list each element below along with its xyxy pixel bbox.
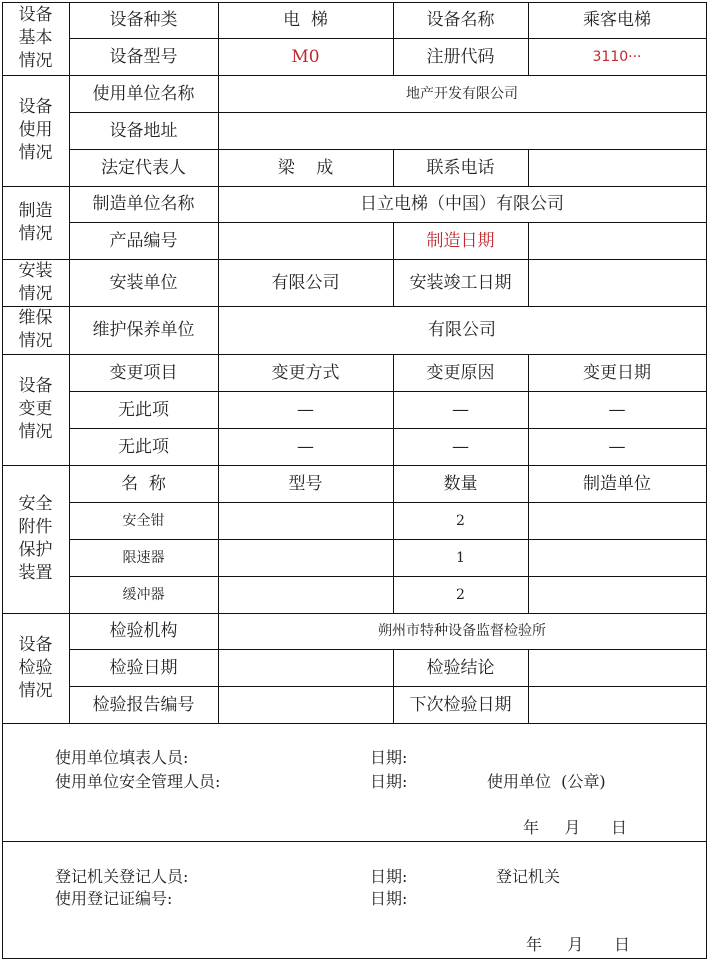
section-install: 安装 情况 bbox=[2, 259, 69, 306]
section-safety-devices: 安全 附件 保护 装置 bbox=[2, 465, 69, 613]
header-change-method: 变更方式 bbox=[218, 354, 393, 391]
registrar-label: 登记机关登记人员: bbox=[55, 866, 188, 888]
label-device-address: 设备地址 bbox=[69, 112, 218, 149]
label-product-no: 产品编号 bbox=[69, 222, 218, 259]
change-row-reason[interactable]: — bbox=[393, 391, 528, 428]
safety-row-maker[interactable] bbox=[528, 576, 706, 613]
section-usage: 设备 使用 情况 bbox=[2, 75, 69, 186]
value-maintenance-unit[interactable]: 有限公司 bbox=[218, 306, 706, 354]
label-inspection-conclusion: 检验结论 bbox=[393, 649, 528, 686]
label-manufacturer: 制造单位名称 bbox=[69, 186, 218, 222]
label-manufacture-date: 制造日期 bbox=[393, 222, 528, 259]
change-row-item[interactable]: 无此项 bbox=[69, 428, 218, 465]
value-install-unit[interactable]: 有限公司 bbox=[218, 259, 393, 306]
value-registration-code[interactable]: 3110··· bbox=[528, 38, 706, 75]
registry-ymd: 年 月 日 bbox=[526, 934, 630, 956]
safety-row-name: 限速器 bbox=[69, 539, 218, 576]
safety-row-name: 缓冲器 bbox=[69, 576, 218, 613]
safety-row-model[interactable] bbox=[218, 539, 393, 576]
safety-row-quantity[interactable]: 2 bbox=[393, 502, 528, 539]
change-row-reason[interactable]: — bbox=[393, 428, 528, 465]
safety-row-maker[interactable] bbox=[528, 502, 706, 539]
section-maintenance: 维保 情况 bbox=[2, 306, 69, 354]
value-manufacturer[interactable]: 日立电梯（中国）有限公司 bbox=[218, 186, 706, 222]
user-date-label: 日期: bbox=[370, 771, 407, 793]
label-device-name: 设备名称 bbox=[393, 2, 528, 38]
label-report-no: 检验报告编号 bbox=[69, 686, 218, 723]
section-changes: 设备 变更 情况 bbox=[2, 354, 69, 465]
registry-authority: 登记机关 bbox=[496, 866, 560, 888]
header-safety-maker: 制造单位 bbox=[528, 465, 706, 502]
header-safety-quantity: 数量 bbox=[393, 465, 528, 502]
registry-date-label: 日期: bbox=[370, 888, 407, 910]
header-safety-model: 型号 bbox=[218, 465, 393, 502]
change-row-method[interactable]: — bbox=[218, 428, 393, 465]
label-maintenance-unit: 维护保养单位 bbox=[69, 306, 218, 354]
section-inspection: 设备 检验 情况 bbox=[2, 613, 69, 723]
value-inspection-conclusion[interactable] bbox=[528, 649, 706, 686]
label-device-type: 设备种类 bbox=[69, 2, 218, 38]
label-next-inspection: 下次检验日期 bbox=[393, 686, 528, 723]
header-safety-name: 名 称 bbox=[69, 465, 218, 502]
user-ymd: 年 月 日 bbox=[523, 817, 627, 839]
rule bbox=[2, 841, 707, 842]
label-install-unit: 安装单位 bbox=[69, 259, 218, 306]
value-report-no[interactable] bbox=[218, 686, 393, 723]
safety-row-maker[interactable] bbox=[528, 539, 706, 576]
value-inspection-agency[interactable]: 朔州市特种设备监督检验所 bbox=[218, 613, 706, 649]
value-legal-rep[interactable]: 梁 成 bbox=[218, 149, 393, 186]
value-user-unit[interactable]: 地产开发有限公司 bbox=[218, 75, 706, 112]
change-row-date[interactable]: — bbox=[528, 391, 706, 428]
label-registration-code: 注册代码 bbox=[393, 38, 528, 75]
value-install-completion[interactable] bbox=[528, 259, 706, 306]
value-device-name[interactable]: 乘客电梯 bbox=[528, 2, 706, 38]
cert-no-label: 使用登记证编号: bbox=[55, 888, 172, 910]
value-next-inspection[interactable] bbox=[528, 686, 706, 723]
label-phone: 联系电话 bbox=[393, 149, 528, 186]
rule bbox=[706, 2, 707, 959]
change-row-date[interactable]: — bbox=[528, 428, 706, 465]
section-basic: 设备 基本 情况 bbox=[2, 2, 69, 75]
rule bbox=[2, 723, 707, 724]
rule bbox=[2, 958, 707, 959]
user-unit-seal: 使用单位 (公章) bbox=[487, 771, 606, 793]
value-manufacture-date[interactable] bbox=[528, 222, 706, 259]
user-filler-label: 使用单位填表人员: bbox=[55, 747, 188, 769]
change-row-method[interactable]: — bbox=[218, 391, 393, 428]
label-install-completion: 安装竣工日期 bbox=[393, 259, 528, 306]
value-product-no[interactable] bbox=[218, 222, 393, 259]
header-change-reason: 变更原因 bbox=[393, 354, 528, 391]
safety-row-model[interactable] bbox=[218, 576, 393, 613]
registry-date-label: 日期: bbox=[370, 866, 407, 888]
header-change-date: 变更日期 bbox=[528, 354, 706, 391]
label-legal-rep: 法定代表人 bbox=[69, 149, 218, 186]
label-device-model: 设备型号 bbox=[69, 38, 218, 75]
value-device-address[interactable] bbox=[218, 112, 706, 149]
user-safety-manager-label: 使用单位安全管理人员: bbox=[55, 771, 220, 793]
value-inspection-date[interactable] bbox=[218, 649, 393, 686]
label-user-unit: 使用单位名称 bbox=[69, 75, 218, 112]
safety-row-name: 安全钳 bbox=[69, 502, 218, 539]
value-device-type[interactable]: 电 梯 bbox=[218, 2, 393, 38]
safety-row-quantity[interactable]: 1 bbox=[393, 539, 528, 576]
label-inspection-date: 检验日期 bbox=[69, 649, 218, 686]
label-inspection-agency: 检验机构 bbox=[69, 613, 218, 649]
value-device-model[interactable]: M0 bbox=[218, 38, 393, 75]
change-row-item[interactable]: 无此项 bbox=[69, 391, 218, 428]
value-phone[interactable] bbox=[528, 149, 706, 186]
header-change-item: 变更项目 bbox=[69, 354, 218, 391]
safety-row-quantity[interactable]: 2 bbox=[393, 576, 528, 613]
section-manufacture: 制造 情况 bbox=[2, 186, 69, 259]
safety-row-model[interactable] bbox=[218, 502, 393, 539]
user-date-label: 日期: bbox=[370, 747, 407, 769]
